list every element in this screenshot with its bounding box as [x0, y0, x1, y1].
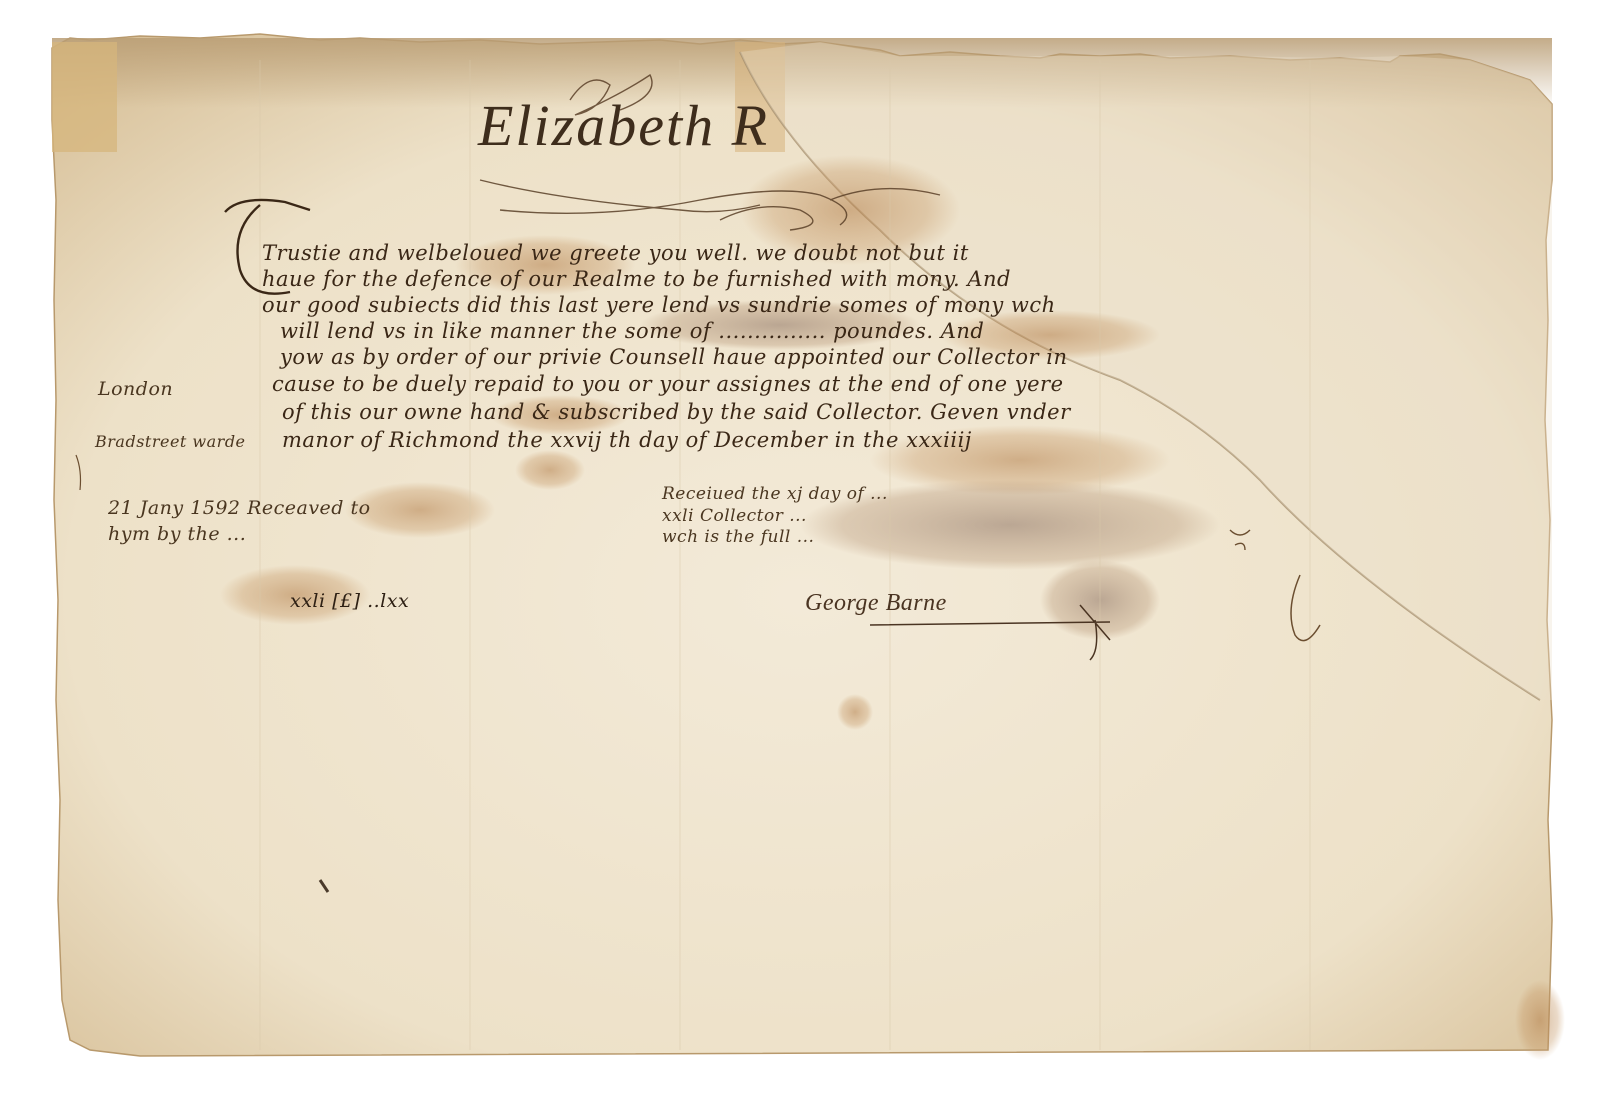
body-line-5: yow as by order of our privie Counsell h…	[280, 346, 1068, 368]
body-line-2: haue for the defence of our Realme to be…	[262, 268, 1011, 290]
endorsement-line-2: hym by the ...	[108, 523, 246, 545]
body-line-4: will lend vs in like manner the some of …	[280, 320, 984, 342]
receipt-line-3: wch is the full ...	[662, 527, 814, 547]
paper-sheet-graphic	[0, 0, 1600, 1114]
receipt-line-1: Receiued the xj day of ...	[662, 484, 888, 504]
body-line-3: our good subiects did this last yere len…	[262, 294, 1056, 316]
body-line-1: Trustie and welbeloued we greete you wel…	[262, 242, 969, 264]
margin-ward: Bradstreet warde	[95, 432, 246, 451]
endorsement-line-1: 21 Jany 1592 Receaved to	[108, 497, 371, 519]
royal-signature: Elizabeth R	[478, 92, 769, 159]
manuscript-page: Elizabeth R By the Queen Trustie and wel…	[0, 0, 1600, 1114]
body-line-7: of this our owne hand & subscribed by th…	[282, 401, 1071, 423]
body-line-6: cause to be duely repaid to you or your …	[272, 373, 1064, 395]
body-line-8: manor of Richmond the xxvij th day of De…	[282, 429, 972, 451]
margin-place: London	[98, 378, 173, 400]
collector-signature: George Barne	[805, 590, 947, 617]
amount-note: xxli [£] ..lxx	[290, 590, 409, 612]
receipt-line-2: xxli Collector ...	[662, 506, 807, 526]
